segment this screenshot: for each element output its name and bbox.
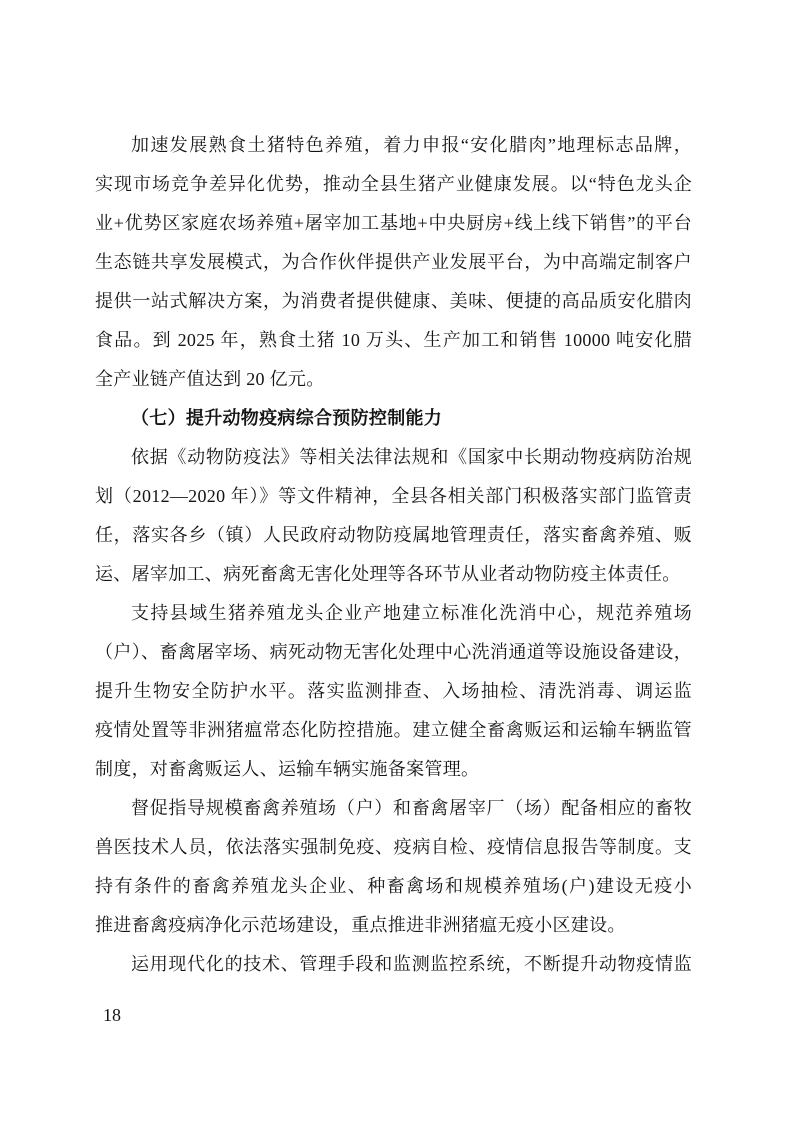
text-line: 兽医技术人员，依法落实强制免疫、疫病自检、疫情信息报告等制度。支 (95, 828, 692, 867)
text-line: 实现市场竞争差异化优势，推动全县生猪产业健康发展。以“特色龙头企 (95, 165, 692, 204)
text-line: 加速发展熟食土猪特色养殖，着力申报“安化腊肉”地理标志品牌， (95, 126, 692, 165)
text-line: 任，落实各乡（镇）人民政府动物防疫属地管理责任，落实畜禽养殖、贩 (95, 516, 692, 555)
paragraph: 依据《动物防疫法》等相关法律法规和《国家中长期动物疫病防治规划（2012—202… (95, 438, 692, 594)
document-body: 加速发展熟食土猪特色养殖，着力申报“安化腊肉”地理标志品牌，实现市场竞争差异化优… (95, 126, 692, 984)
text-line: 划（2012—2020 年）》等文件精神，全县各相关部门积极落实部门监管责 (95, 477, 692, 516)
text-line: 持有条件的畜禽养殖龙头企业、种畜禽场和规模养殖场(户)建设无疫小区， (95, 867, 692, 906)
paragraph: 运用现代化的技术、管理手段和监测监控系统，不断提升动物疫情监 (95, 945, 692, 984)
section-heading: （七）提升动物疫病综合预防控制能力 (95, 399, 692, 438)
text-line: 制度，对畜禽贩运人、运输车辆实施备案管理。 (95, 750, 692, 789)
paragraph: 督促指导规模畜禽养殖场（户）和畜禽屠宰厂（场）配备相应的畜牧兽医技术人员，依法落… (95, 789, 692, 945)
text-line: 支持县域生猪养殖龙头企业产地建立标准化洗消中心，规范养殖场 (95, 594, 692, 633)
text-line: 提升生物安全防护水平。落实监测排查、入场抽检、清洗消毒、调运监管、 (95, 672, 692, 711)
text-line: 业+优势区家庭农场养殖+屠宰加工基地+中央厨房+线上线下销售”的平台 (95, 204, 692, 243)
text-line: 推进畜禽疫病净化示范场建设，重点推进非洲猪瘟无疫小区建设。 (95, 906, 692, 945)
text-line: 依据《动物防疫法》等相关法律法规和《国家中长期动物疫病防治规 (95, 438, 692, 477)
text-line: 食品。到 2025 年，熟食土猪 10 万头、生产加工和销售 10000 吨安化… (95, 321, 692, 360)
text-line: 生态链共享发展模式，为合作伙伴提供产业发展平台，为中高端定制客户 (95, 243, 692, 282)
text-line: 全产业链产值达到 20 亿元。 (95, 360, 692, 399)
text-line: 提供一站式解决方案，为消费者提供健康、美味、便捷的高品质安化腊肉 (95, 282, 692, 321)
paragraph: 支持县域生猪养殖龙头企业产地建立标准化洗消中心，规范养殖场（户）、畜禽屠宰场、病… (95, 594, 692, 789)
heading-line: （七）提升动物疫病综合预防控制能力 (95, 399, 692, 438)
text-line: 疫情处置等非洲猪瘟常态化防控措施。建立健全畜禽贩运和运输车辆监管 (95, 711, 692, 750)
paragraph: 加速发展熟食土猪特色养殖，着力申报“安化腊肉”地理标志品牌，实现市场竞争差异化优… (95, 126, 692, 399)
document-page: 加速发展熟食土猪特色养殖，着力申报“安化腊肉”地理标志品牌，实现市场竞争差异化优… (0, 0, 793, 1122)
text-line: 运、屠宰加工、病死畜禽无害化处理等各环节从业者动物防疫主体责任。 (95, 555, 692, 594)
text-line: 督促指导规模畜禽养殖场（户）和畜禽屠宰厂（场）配备相应的畜牧 (95, 789, 692, 828)
page-number: 18 (103, 1001, 121, 1029)
text-line: （户）、畜禽屠宰场、病死动物无害化处理中心洗消通道等设施设备建设， (95, 633, 692, 672)
text-line: 运用现代化的技术、管理手段和监测监控系统，不断提升动物疫情监 (95, 945, 692, 984)
